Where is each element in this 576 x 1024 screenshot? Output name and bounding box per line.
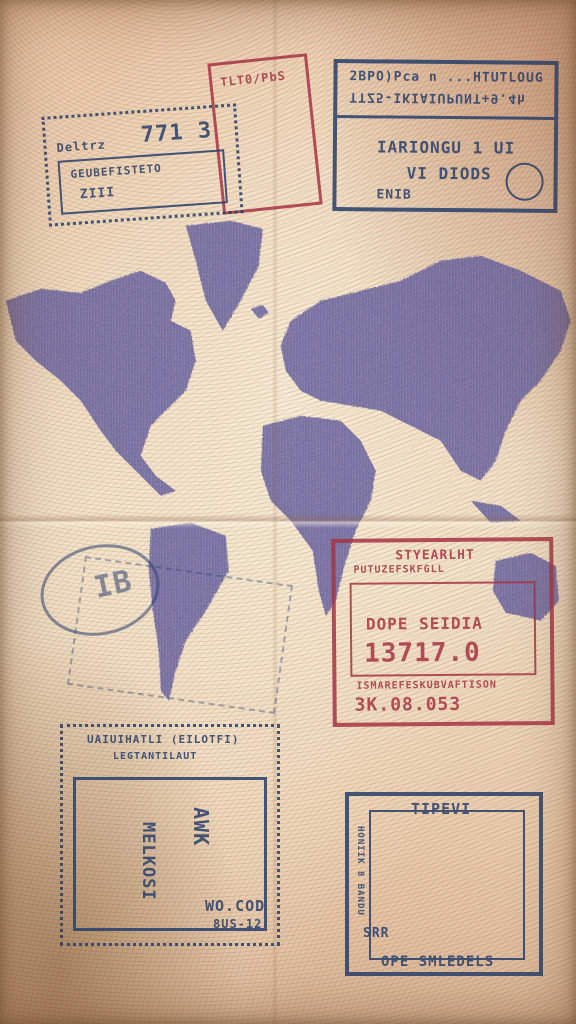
stamp-text: MELKOSI: [138, 822, 158, 901]
entry-stamp-blue-bottom-right: TIPEVI SRR OPE SMLEDELS HONIIK 8 BANDU: [345, 792, 543, 976]
stamp-text: AWK: [189, 807, 213, 846]
stamp-text: TLT0/PbS: [220, 69, 287, 90]
north-america: [5, 270, 195, 495]
seal-icon: [505, 163, 543, 201]
stamp-inner-frame: [369, 810, 525, 960]
entry-stamp-blue-top-left: Deltrz 771 3 GEUBEFISTETO ZIII: [41, 103, 243, 226]
stamp-text: WO.COD: [205, 897, 265, 915]
stamp-text: VI DIODS: [407, 164, 492, 184]
stamp-date: 3K.08.053: [355, 694, 462, 716]
stamp-text: ENIB: [376, 187, 411, 202]
iceland: [250, 304, 268, 318]
stamp-text: TTZ5-IKIAIUPUNT+9.4h: [349, 89, 526, 106]
stamp-text: PUTUZEFSKFGLL: [353, 564, 444, 576]
stamp-text: UAIUIHATLI (EILOTFI): [87, 733, 239, 746]
stamp-inner-frame: [58, 149, 228, 215]
stamp-text: OPE SMLEDELS: [381, 954, 494, 970]
stamp-divider: [337, 115, 554, 120]
greenland: [185, 220, 262, 330]
stamp-number: 771 3: [140, 118, 213, 148]
page-fold-horizontal: [0, 514, 576, 528]
stamp-text: 2BPO)Pca n ...HTUTLOUG: [349, 69, 543, 86]
stamp-text: SRR: [363, 926, 389, 941]
stamp-text: LEGTANTILAUT: [113, 751, 197, 762]
stamp-number: 13717.0: [364, 638, 481, 669]
stamp-date: 8US-12: [213, 917, 262, 931]
entry-stamp-blue-bottom-left: UAIUIHATLI (EILOTFI) LEGTANTILAUT MELKOS…: [60, 724, 280, 946]
entry-stamp-red-middle-right: STYEARLHT PUTUZEFSKFGLL DOPE SEIDIA 1371…: [331, 537, 555, 727]
stamp-text: Deltrz: [56, 138, 106, 155]
stamp-text: ISMAREFESKUBVAFTISON: [356, 680, 497, 692]
stamp-text: TIPEVI: [411, 800, 471, 818]
stamp-text: HONIIK 8 BANDU: [355, 826, 365, 916]
stamp-text: IARIONGU 1 UI: [377, 137, 515, 157]
stamp-text: STYEARLHT: [395, 548, 475, 564]
stamp-text: ZIII: [79, 185, 115, 202]
passport-page: TLT0/PbS Deltrz 771 3 GEUBEFISTETO ZIII …: [0, 0, 576, 1024]
entry-stamp-blue-top-right: 2BPO)Pca n ...HTUTLOUG TTZ5-IKIAIUPUNT+9…: [332, 59, 558, 213]
stamp-text: DOPE SEIDIA: [366, 614, 483, 634]
